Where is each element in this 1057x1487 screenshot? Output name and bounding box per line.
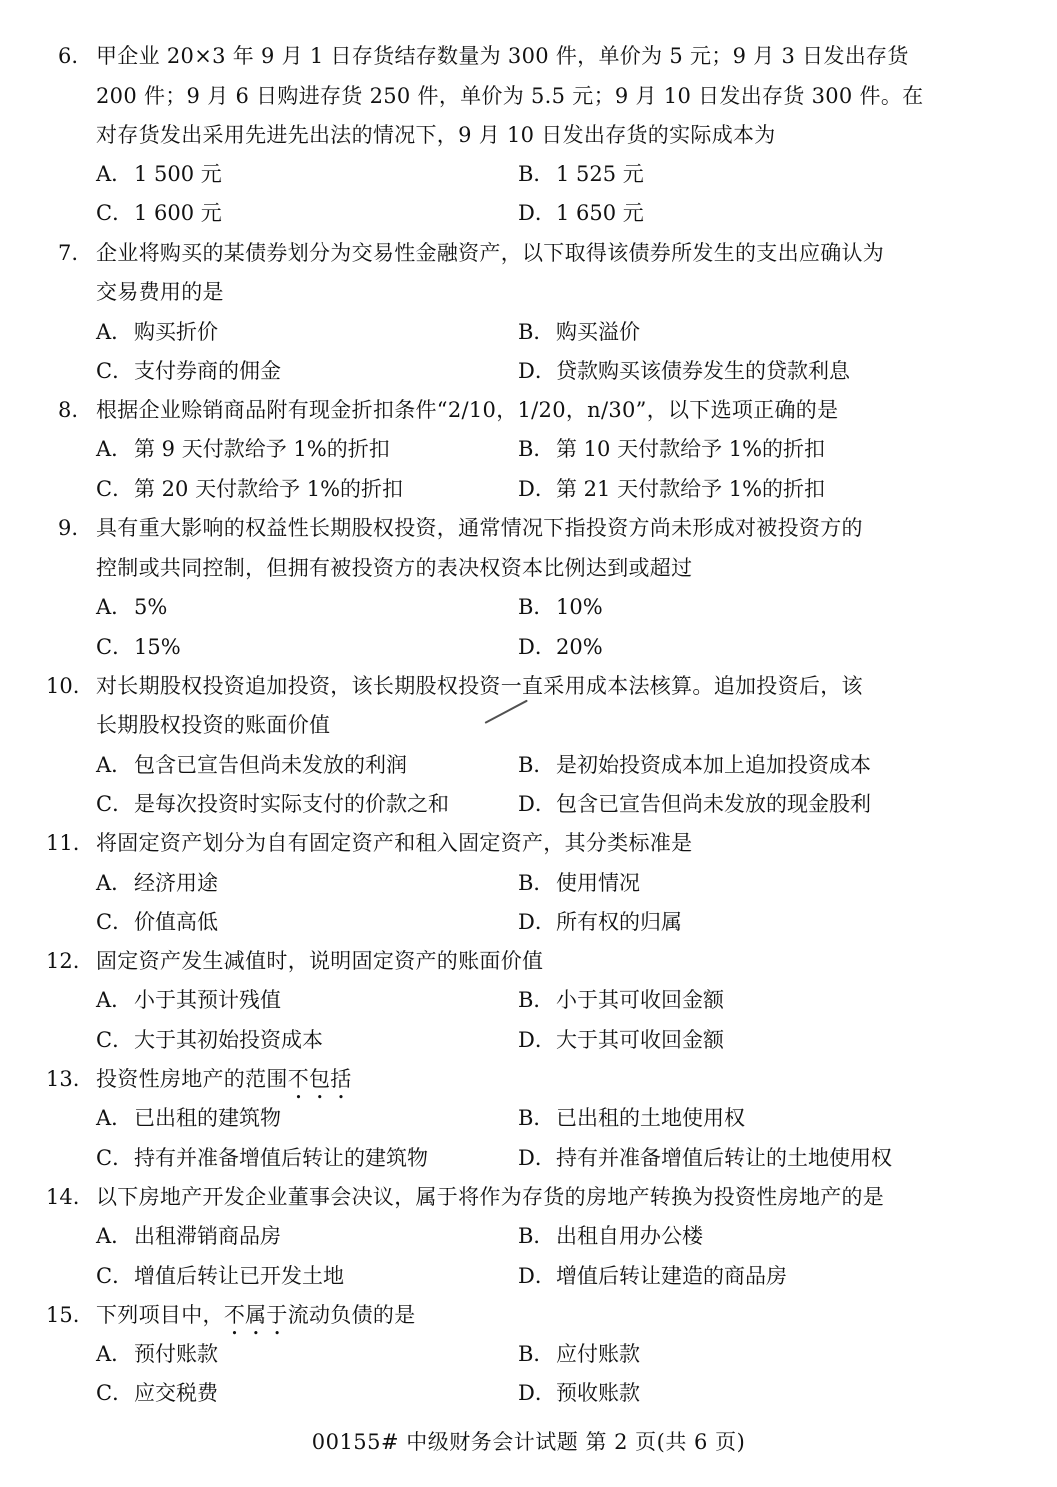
option-c: C．大于其初始投资成本 (96, 1021, 323, 1060)
question-stem-line: 交易费用的是 (96, 273, 224, 312)
option-b: B．购买溢价 (518, 313, 640, 352)
option-d: D．贷款购买该债券发生的贷款利息 (518, 352, 850, 391)
question-number: 12. (46, 942, 79, 981)
question-number: 15. (46, 1296, 79, 1335)
option-d: D．所有权的归属 (518, 903, 682, 942)
option-c: C．价值高低 (96, 903, 218, 942)
option-c: C．是每次投资时实际支付的价款之和 (96, 785, 449, 824)
question-number: 8. (58, 391, 78, 430)
exam-page: 6. 甲企业 20×3 年 9 月 1 日存货结存数量为 300 件，单价为 5… (0, 0, 1057, 1487)
option-c: C．1 600 元 (96, 194, 222, 233)
option-c: C．应交税费 (96, 1374, 218, 1413)
option-a: A．第 9 天付款给予 1%的折扣 (96, 430, 390, 469)
option-d: D．大于其可收回金额 (518, 1021, 724, 1060)
option-b: B．已出租的土地使用权 (518, 1099, 745, 1138)
option-b: B．是初始投资成本加上追加投资成本 (518, 746, 871, 785)
question-stem-line: 对存货发出采用先进先出法的情况下，9 月 10 日发出存货的实际成本为 (96, 116, 776, 155)
option-d: D．1 650 元 (518, 194, 644, 233)
question-stem-line: 具有重大影响的权益性长期股权投资，通常情况下指投资方尚未形成对被投资方的 (96, 509, 863, 548)
option-c: C．15% (96, 628, 181, 667)
option-b: B．使用情况 (518, 864, 640, 903)
option-d: D．增值后转让建造的商品房 (518, 1257, 787, 1296)
question-stem-line: 企业将购买的某债券划分为交易性金融资产，以下取得该债券所发生的支出应确认为 (96, 234, 884, 273)
option-b: B．出租自用办公楼 (518, 1217, 703, 1256)
option-b: B．1 525 元 (518, 155, 644, 194)
question-number: 10. (46, 667, 79, 706)
question-number: 9. (58, 509, 78, 548)
option-d: D．20% (518, 628, 603, 667)
option-a: A．出租滞销商品房 (96, 1217, 281, 1256)
question-stem-line: 固定资产发生减值时，说明固定资产的账面价值 (96, 942, 543, 981)
question-number: 14. (46, 1178, 79, 1217)
option-a: A．1 500 元 (96, 155, 222, 194)
option-a: A．小于其预计残值 (96, 981, 281, 1020)
option-c: C．支付券商的佣金 (96, 352, 281, 391)
emphasized-text: 不包括 (288, 1067, 352, 1091)
question-stem-line: 根据企业赊销商品附有现金折扣条件“2/10，1/20，n/30”，以下选项正确的… (96, 391, 838, 430)
option-c: C．第 20 天付款给予 1%的折扣 (96, 470, 403, 509)
question-stem-line: 甲企业 20×3 年 9 月 1 日存货结存数量为 300 件，单价为 5 元；… (96, 37, 909, 76)
option-a: A．5% (96, 588, 167, 627)
option-b: B．10% (518, 588, 603, 627)
option-d: D．第 21 天付款给予 1%的折扣 (518, 470, 825, 509)
option-a: A．经济用途 (96, 864, 218, 903)
question-stem-line: 以下房地产开发企业董事会决议，属于将作为存货的房地产转换为投资性房地产的是 (96, 1178, 884, 1217)
question-stem-line: 控制或共同控制，但拥有被投资方的表决权资本比例达到或超过 (96, 549, 692, 588)
question-stem-line: 200 件；9 月 6 日购进存货 250 件，单价为 5.5 元；9 月 10… (96, 77, 923, 116)
question-stem-line: 下列项目中，不属于流动负债的是 (96, 1296, 416, 1340)
option-c: C．增值后转让已开发土地 (96, 1257, 344, 1296)
option-c: C．持有并准备增值后转让的建筑物 (96, 1139, 428, 1178)
question-number: 13. (46, 1060, 79, 1099)
option-d: D．预收账款 (518, 1374, 640, 1413)
page-footer: 00155# 中级财务会计试题 第 2 页(共 6 页) (0, 1424, 1057, 1460)
question-number: 7. (58, 234, 78, 273)
option-a: A．包含已宣告但尚未发放的利润 (96, 746, 407, 785)
option-b: B．小于其可收回金额 (518, 981, 724, 1020)
option-d: D．包含已宣告但尚未发放的现金股利 (518, 785, 871, 824)
question-stem-line: 将固定资产划分为自有固定资产和租入固定资产，其分类标准是 (96, 824, 692, 863)
question-number: 6. (58, 37, 78, 76)
option-a: A．预付账款 (96, 1335, 218, 1374)
option-b: B．第 10 天付款给予 1%的折扣 (518, 430, 825, 469)
question-stem-line: 投资性房地产的范围不包括 (96, 1060, 352, 1104)
option-b: B．应付账款 (518, 1335, 640, 1374)
emphasized-text: 不属于 (224, 1303, 288, 1327)
question-stem-line: 对长期股权投资追加投资，该长期股权投资一直采用成本法核算。追加投资后，该 (96, 667, 863, 706)
question-number: 11. (46, 824, 79, 863)
question-stem-line: 长期股权投资的账面价值 (96, 706, 330, 745)
option-a: A．已出租的建筑物 (96, 1099, 281, 1138)
option-a: A．购买折价 (96, 313, 218, 352)
option-d: D．持有并准备增值后转让的土地使用权 (518, 1139, 892, 1178)
